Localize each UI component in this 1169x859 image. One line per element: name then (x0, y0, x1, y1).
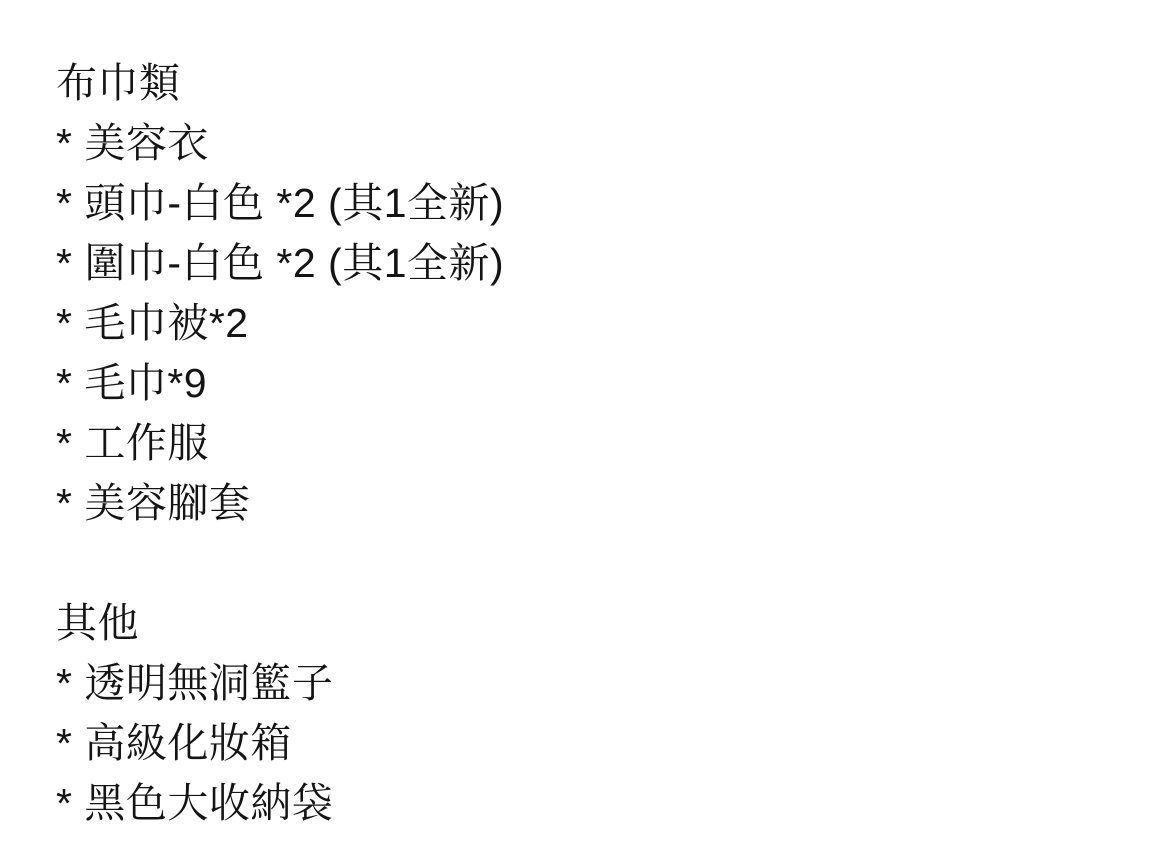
list-item: * 黑色大收納袋 (56, 773, 1139, 833)
list-item: * 頭巾-白色 *2 (其1全新) (56, 173, 1139, 233)
section-title: 布巾類 (56, 53, 1139, 113)
list-item: * 工作服 (56, 413, 1139, 473)
note-section: 布巾類 * 美容衣 * 頭巾-白色 *2 (其1全新) * 圍巾-白色 *2 (… (56, 53, 1139, 533)
note-page: 布巾類 * 美容衣 * 頭巾-白色 *2 (其1全新) * 圍巾-白色 *2 (… (0, 0, 1169, 859)
note-section: 其他 * 透明無洞籃子 * 高級化妝箱 * 黑色大收納袋 (56, 593, 1139, 833)
list-item: * 毛巾被*2 (56, 293, 1139, 353)
list-item: * 美容腳套 (56, 473, 1139, 533)
list-item: * 毛巾*9 (56, 353, 1139, 413)
list-item: * 美容衣 (56, 113, 1139, 173)
list-item: * 圍巾-白色 *2 (其1全新) (56, 233, 1139, 293)
list-item: * 高級化妝箱 (56, 713, 1139, 773)
section-title: 其他 (56, 593, 1139, 653)
note-content: 布巾類 * 美容衣 * 頭巾-白色 *2 (其1全新) * 圍巾-白色 *2 (… (0, 0, 1169, 833)
list-item: * 透明無洞籃子 (56, 653, 1139, 713)
